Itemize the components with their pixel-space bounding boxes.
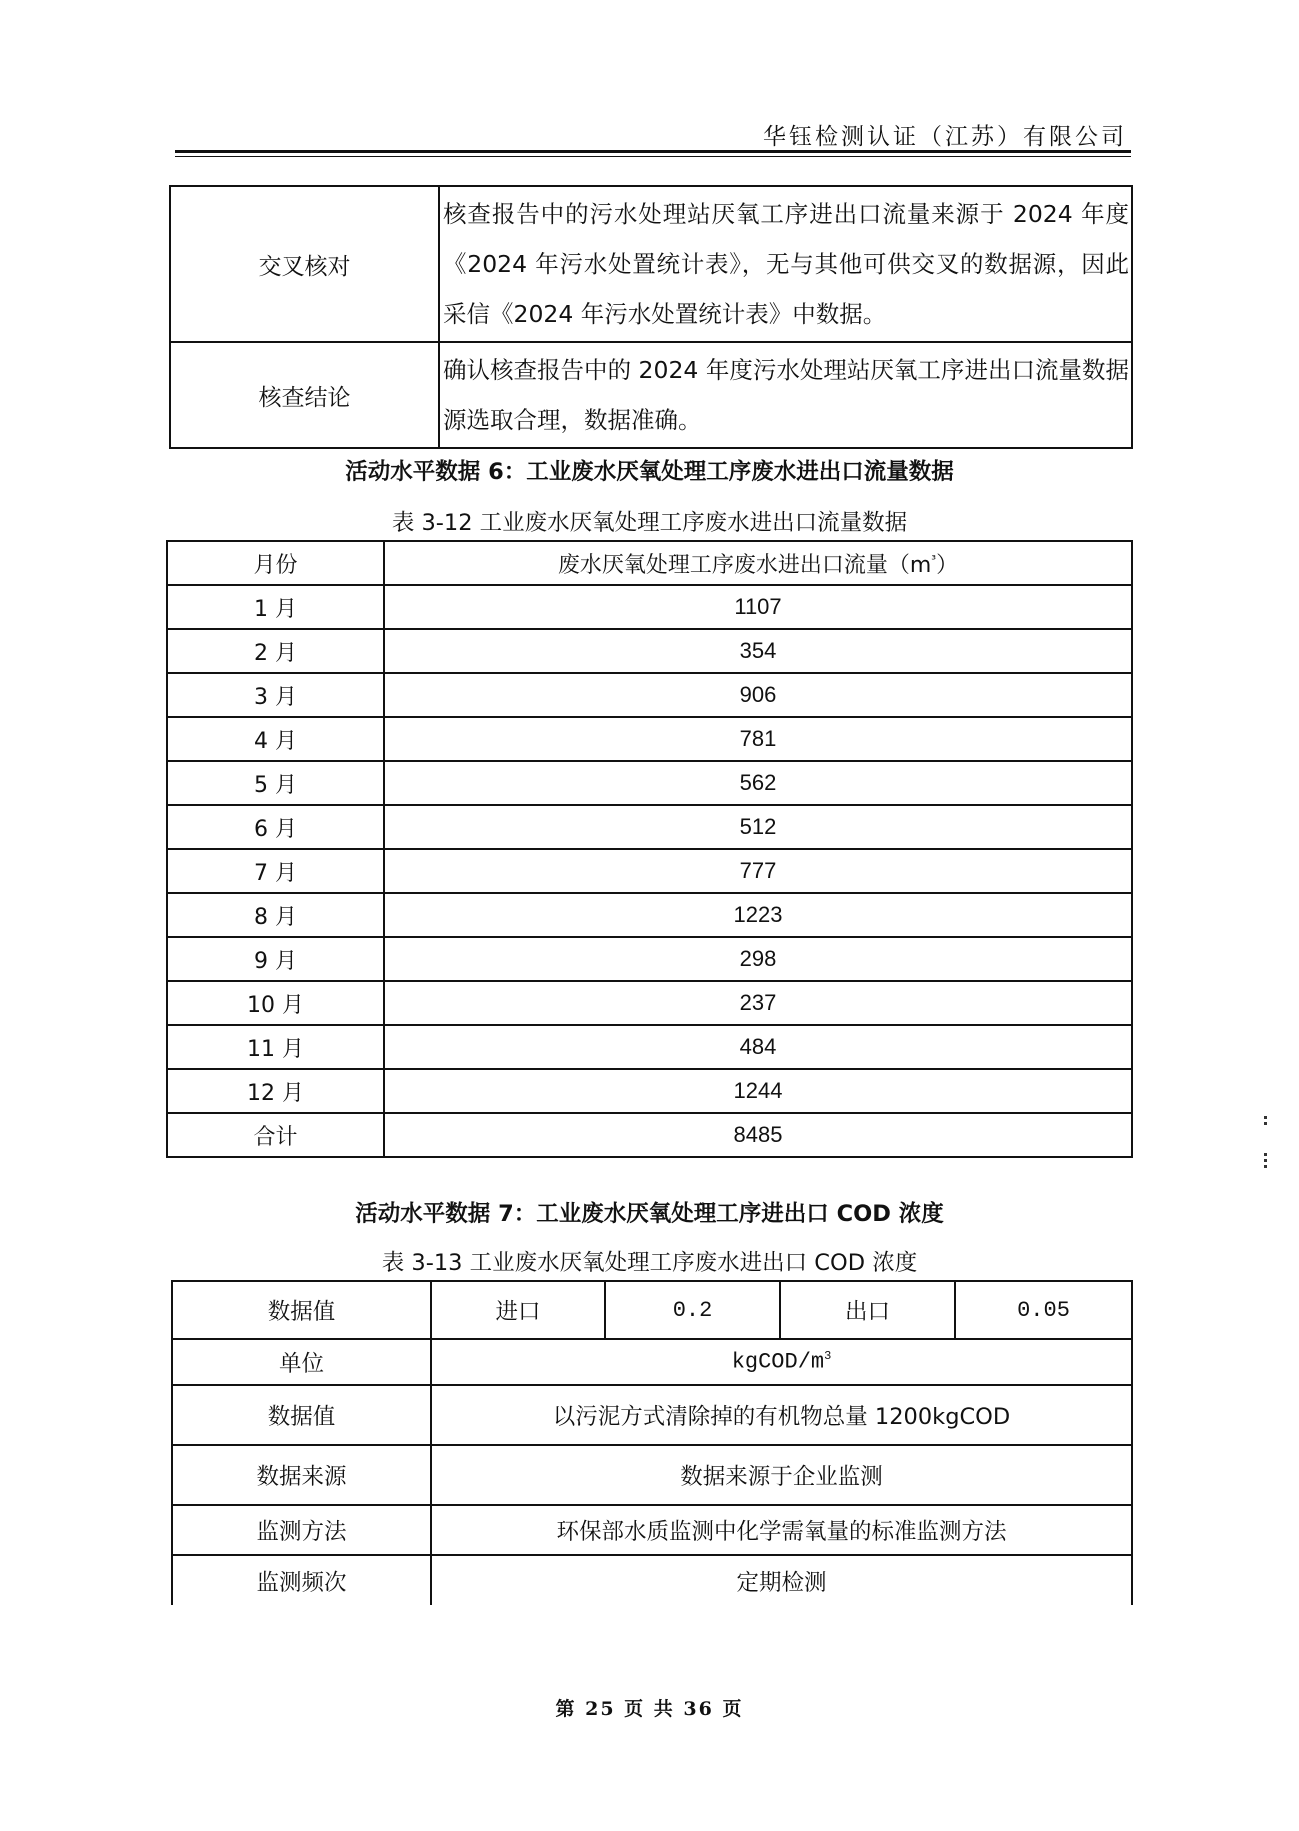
month-cell: 8 月	[167, 893, 384, 937]
superscript-3: 3	[824, 1349, 831, 1363]
flow-value-cell: 1107	[384, 585, 1132, 629]
scan-dot	[1264, 1116, 1267, 1119]
section-6-heading: 活动水平数据 6：工业废水厌氧处理工序废水进出口流量数据	[0, 454, 1299, 486]
inlet-value-cell: 0.2	[605, 1281, 780, 1339]
table-row: 6 月512	[167, 805, 1132, 849]
row-text: 确认核查报告中的 2024 年度污水处理站厌氧工序进出口流量数据源选取合理，数据…	[439, 342, 1132, 448]
verification-table: 交叉核对 核查报告中的污水处理站厌氧工序进出口流量来源于 2024 年度《202…	[169, 185, 1133, 449]
table-row: 12 月1244	[167, 1069, 1132, 1113]
scan-artifact	[1264, 1116, 1268, 1171]
month-cell: 4 月	[167, 717, 384, 761]
month-cell: 6 月	[167, 805, 384, 849]
outlet-label-cell: 出口	[780, 1281, 955, 1339]
column-header-flow-close: ）	[936, 553, 958, 578]
table-header-row: 月份 废水厌氧处理工序废水进出口流量（m³）	[167, 541, 1132, 585]
table-row: 4 月781	[167, 717, 1132, 761]
column-header-flow: 废水厌氧处理工序废水进出口流量（m³）	[384, 541, 1132, 585]
header-rule-thick	[175, 150, 1131, 153]
flow-value-cell: 298	[384, 937, 1132, 981]
table-row: 数据值 以污泥方式清除掉的有机物总量 1200kgCOD	[172, 1385, 1132, 1445]
outlet-value-cell: 0.05	[955, 1281, 1132, 1339]
column-header-month: 月份	[167, 541, 384, 585]
page-number: 第 25 页 共 36 页	[0, 1694, 1299, 1721]
scan-dot	[1264, 1159, 1267, 1162]
company-header: 华钰检测认证（江苏）有限公司	[763, 118, 1127, 151]
table-row: 2 月354	[167, 629, 1132, 673]
scan-dot	[1264, 1165, 1267, 1168]
table-row: 11 月484	[167, 1025, 1132, 1069]
header-rule-thin	[175, 156, 1131, 157]
table-row: 核查结论 确认核查报告中的 2024 年度污水处理站厌氧工序进出口流量数据源选取…	[170, 342, 1132, 448]
row-label: 监测频次	[172, 1555, 431, 1605]
unit-row: 单位 kgCOD/m3	[172, 1339, 1132, 1385]
month-cell: 12 月	[167, 1069, 384, 1113]
row-value: 定期检测	[431, 1555, 1132, 1605]
row-label: 数据来源	[172, 1445, 431, 1505]
row-value: 以污泥方式清除掉的有机物总量 1200kgCOD	[431, 1385, 1132, 1445]
scan-dot	[1264, 1153, 1267, 1156]
month-cell: 2 月	[167, 629, 384, 673]
flow-value-cell: 781	[384, 717, 1132, 761]
month-cell: 3 月	[167, 673, 384, 717]
total-label-cell: 合计	[167, 1113, 384, 1157]
table-row: 数据来源 数据来源于企业监测	[172, 1445, 1132, 1505]
month-cell: 9 月	[167, 937, 384, 981]
row-label: 单位	[172, 1339, 431, 1385]
flow-value-cell: 562	[384, 761, 1132, 805]
row-label: 核查结论	[170, 342, 439, 448]
table-row: 监测方法 环保部水质监测中化学需氧量的标准监测方法	[172, 1505, 1132, 1555]
row-label: 交叉核对	[170, 186, 439, 342]
flow-table: 月份 废水厌氧处理工序废水进出口流量（m³） 1 月1107 2 月354 3 …	[166, 540, 1133, 1158]
flow-value-cell: 354	[384, 629, 1132, 673]
column-header-flow-text: 废水厌氧处理工序废水进出口流量（m	[558, 553, 931, 578]
month-cell: 1 月	[167, 585, 384, 629]
flow-value-cell: 512	[384, 805, 1132, 849]
data-value-row: 数据值 进口 0.2 出口 0.05	[172, 1281, 1132, 1339]
table-3-12-caption: 表 3-12 工业废水厌氧处理工序废水进出口流量数据	[0, 505, 1299, 537]
scan-dot	[1264, 1122, 1267, 1125]
table-row: 交叉核对 核查报告中的污水处理站厌氧工序进出口流量来源于 2024 年度《202…	[170, 186, 1132, 342]
table-row: 8 月1223	[167, 893, 1132, 937]
unit-value-cell: kgCOD/m3	[431, 1339, 1132, 1385]
table-row: 7 月777	[167, 849, 1132, 893]
month-cell: 10 月	[167, 981, 384, 1025]
month-cell: 11 月	[167, 1025, 384, 1069]
table-row: 监测频次 定期检测	[172, 1555, 1132, 1605]
table-row: 5 月562	[167, 761, 1132, 805]
section-7-heading: 活动水平数据 7：工业废水厌氧处理工序进出口 COD 浓度	[0, 1196, 1299, 1228]
cod-table: 数据值 进口 0.2 出口 0.05 单位 kgCOD/m3 数据值 以污泥方式…	[171, 1280, 1133, 1605]
flow-value-cell: 484	[384, 1025, 1132, 1069]
month-cell: 5 月	[167, 761, 384, 805]
flow-value-cell: 237	[384, 981, 1132, 1025]
table-row: 3 月906	[167, 673, 1132, 717]
flow-value-cell: 906	[384, 673, 1132, 717]
inlet-label-cell: 进口	[431, 1281, 605, 1339]
row-text: 核查报告中的污水处理站厌氧工序进出口流量来源于 2024 年度《2024 年污水…	[439, 186, 1132, 342]
row-value: 环保部水质监测中化学需氧量的标准监测方法	[431, 1505, 1132, 1555]
row-value: 数据来源于企业监测	[431, 1445, 1132, 1505]
total-value-cell: 8485	[384, 1113, 1132, 1157]
flow-value-cell: 1223	[384, 893, 1132, 937]
table-row: 9 月298	[167, 937, 1132, 981]
total-row: 合计8485	[167, 1113, 1132, 1157]
flow-value-cell: 1244	[384, 1069, 1132, 1113]
row-label: 数据值	[172, 1385, 431, 1445]
row-label: 监测方法	[172, 1505, 431, 1555]
row-label: 数据值	[172, 1281, 431, 1339]
table-row: 1 月1107	[167, 585, 1132, 629]
table-row: 10 月237	[167, 981, 1132, 1025]
unit-text: kgCOD/m	[732, 1350, 824, 1375]
flow-value-cell: 777	[384, 849, 1132, 893]
table-3-13-caption: 表 3-13 工业废水厌氧处理工序废水进出口 COD 浓度	[0, 1245, 1299, 1277]
month-cell: 7 月	[167, 849, 384, 893]
